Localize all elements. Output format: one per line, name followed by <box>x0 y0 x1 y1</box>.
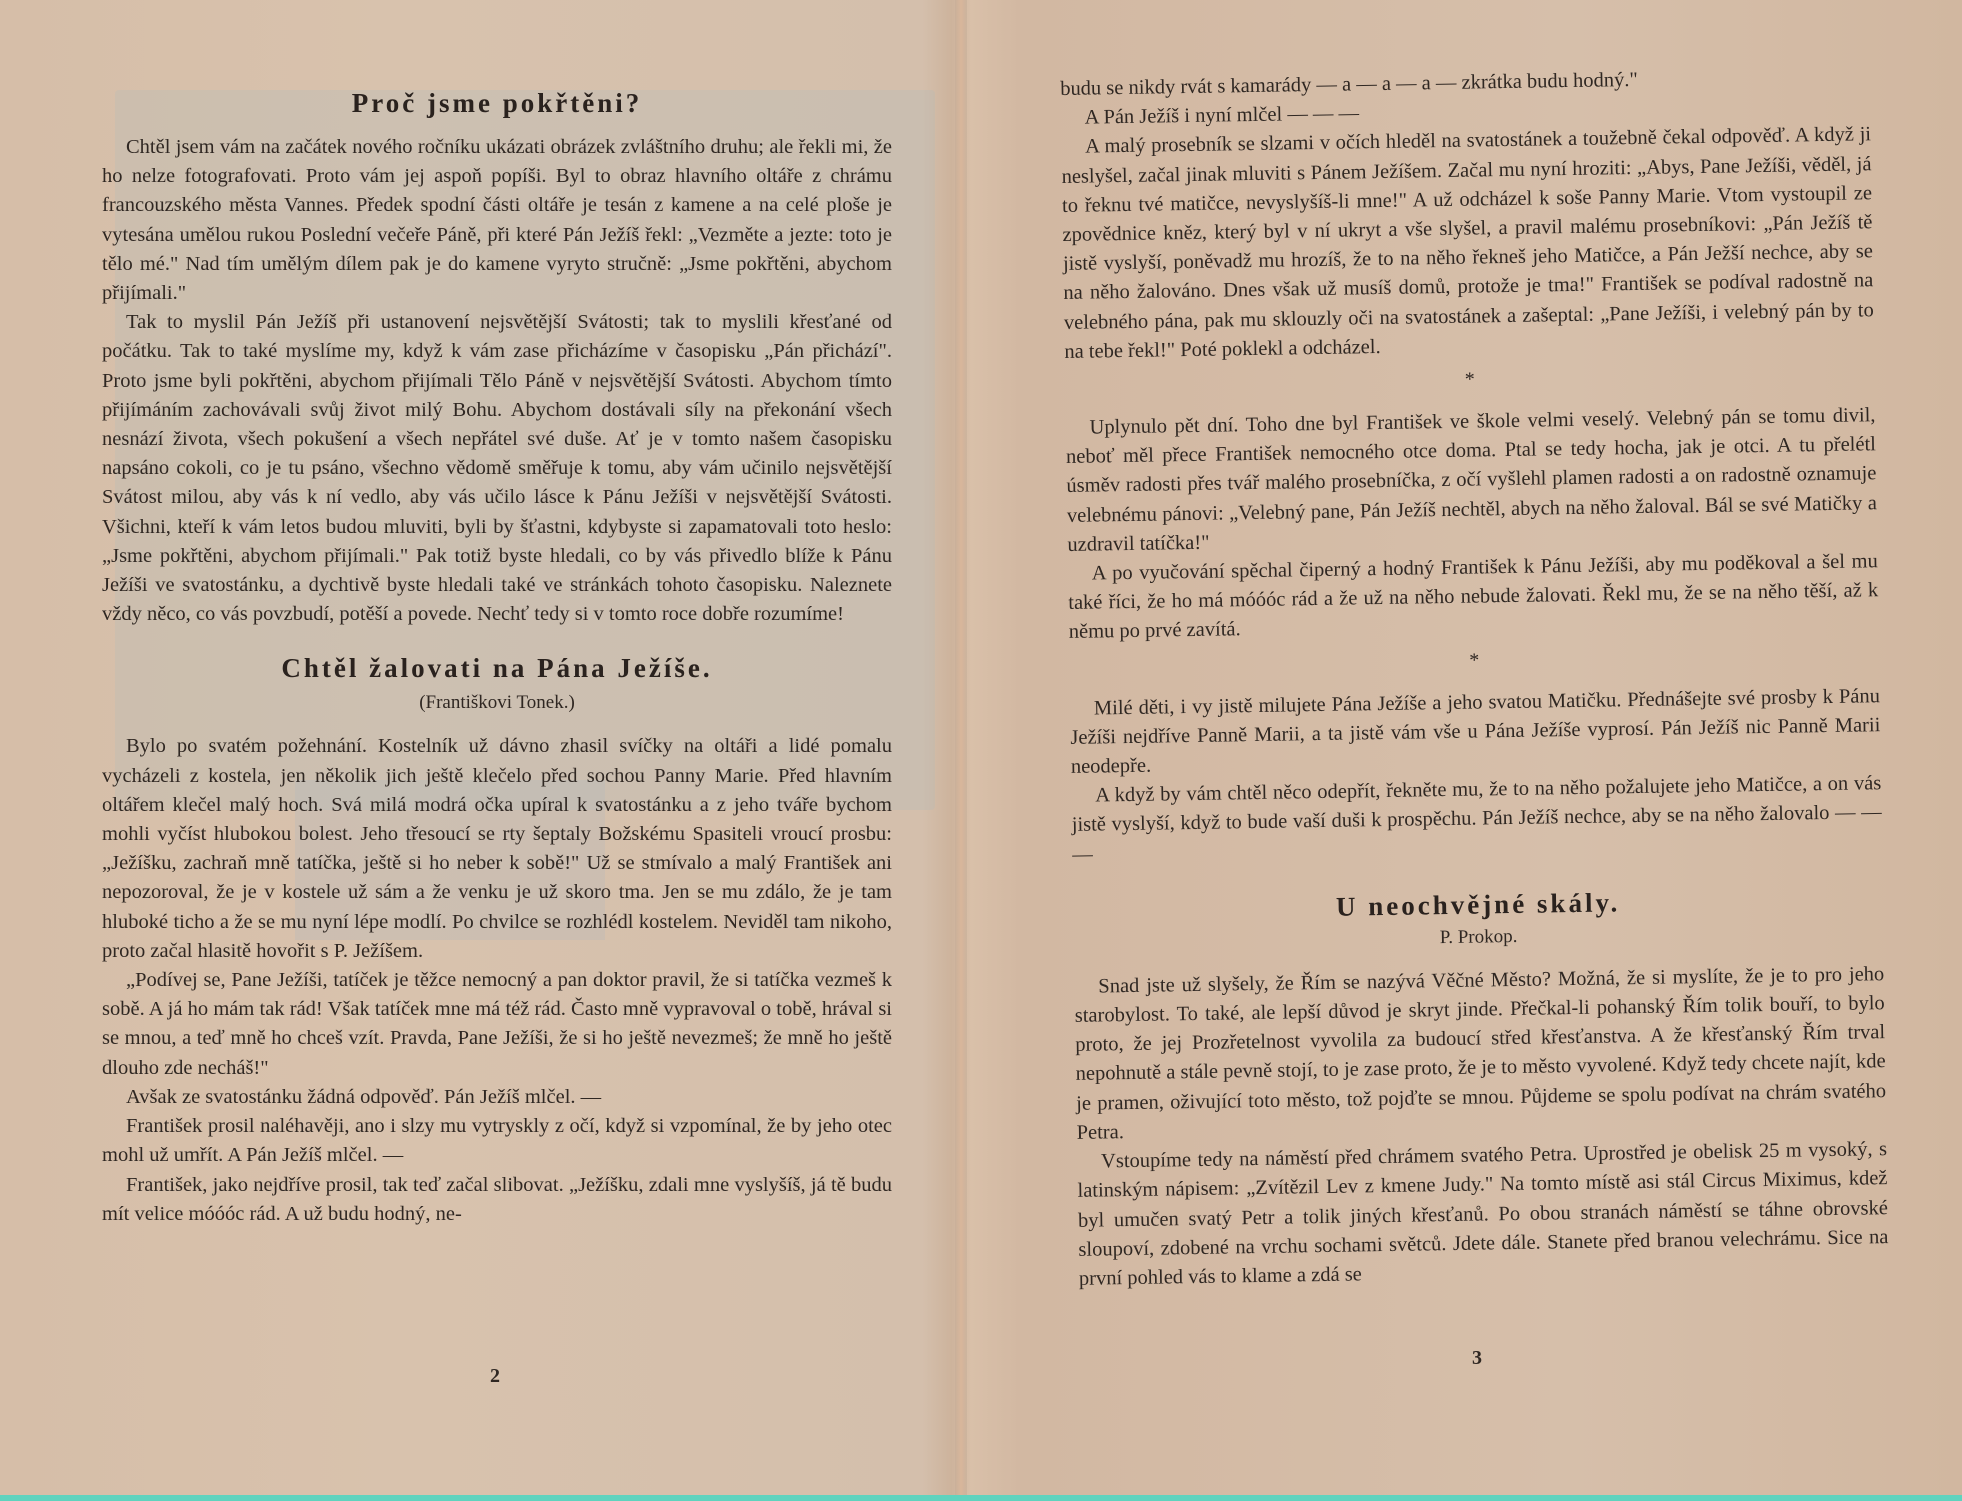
paragraph: František prosil naléhavěji, ano i slzy … <box>102 1112 892 1170</box>
article-byline: (Františkovi Tonek.) <box>102 692 892 714</box>
article-byline: P. Prokop. <box>1073 920 1883 955</box>
paragraph: Bylo po svatém požehnání. Kostelník už d… <box>102 732 892 966</box>
paragraph: „Podívej se, Pane Ježíši, tatíček je těž… <box>102 966 892 1083</box>
paragraph: Tak to myslil Pán Ježíš při ustanovení n… <box>102 308 892 629</box>
right-page-text: budu se nikdy rvát s kamarády — a — a — … <box>1060 62 1889 1294</box>
paragraph: A malý prosebník se slzami v očích hledě… <box>1061 121 1875 367</box>
paragraph: Chtěl jsem vám na začátek nového ročníku… <box>102 133 892 308</box>
article-title: Chtěl žalovati na Pána Ježíše. <box>102 653 892 684</box>
section-separator: * <box>1065 362 1875 398</box>
paragraph: A po vyučování spěchal čiperný a hodný F… <box>1068 547 1879 647</box>
paragraph: Snad jste už slyšely, že Řím se nazývá V… <box>1074 960 1887 1148</box>
paragraph: Milé děti, i vy jistě milujete Pána Ježí… <box>1070 682 1881 782</box>
paragraph: Avšak ze svatostánku žádná odpověď. Pán … <box>102 1083 892 1112</box>
left-page-text: Proč jsme pokřtěni? Chtěl jsem vám na za… <box>102 88 892 1229</box>
paragraph: František, jako nejdříve prosil, tak teď… <box>102 1171 892 1229</box>
article-title: U neochvějné skály. <box>1073 883 1883 927</box>
bottom-edge-strip <box>0 1495 1962 1501</box>
paragraph: Vstoupíme tedy na náměstí před chrámem s… <box>1077 1135 1889 1294</box>
book-gutter <box>955 0 967 1495</box>
section-separator: * <box>1069 643 1879 679</box>
page-number: 2 <box>490 1365 500 1388</box>
article-title: Proč jsme pokřtěni? <box>102 88 892 119</box>
paragraph: Uplynulo pět dní. Toho dne byl František… <box>1065 401 1877 560</box>
page-number: 3 <box>1472 1347 1482 1370</box>
open-book-spread: Proč jsme pokřtěni? Chtěl jsem vám na za… <box>0 0 1962 1495</box>
paragraph: A když by vám chtěl něco odepřít, řeknět… <box>1071 769 1882 869</box>
